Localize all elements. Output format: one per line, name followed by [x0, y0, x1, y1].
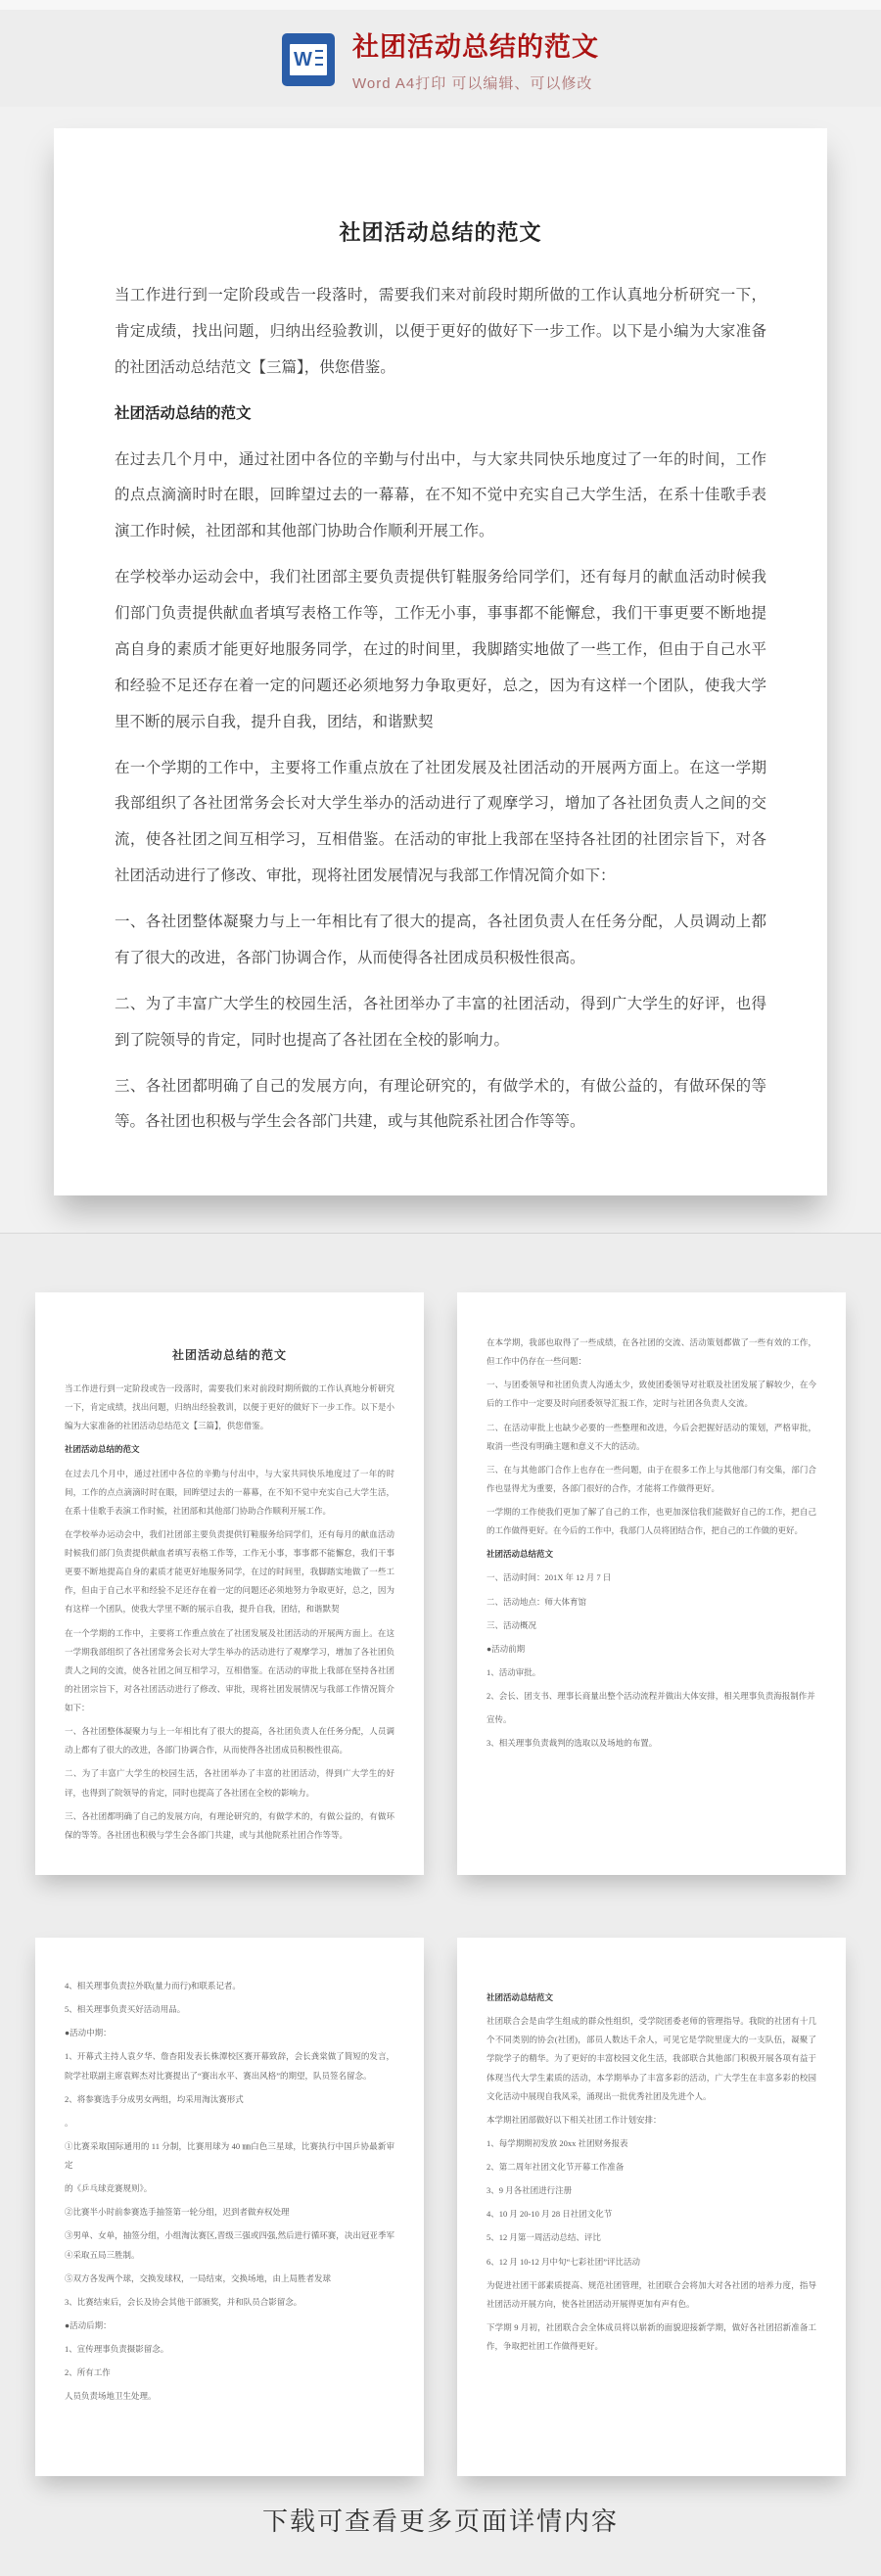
- doc-paragraph: 2、所有工作: [65, 2364, 394, 2382]
- doc-paragraph: 在一个学期的工作中，主要将工作重点放在了社团发展及社团活动的开展两方面上。在这一…: [115, 751, 766, 896]
- doc-paragraph: 3、比赛结束后，会长及协会其他干部颁奖，并和队员合影留念。: [65, 2293, 394, 2312]
- doc-title: 社团活动总结的范文: [115, 216, 766, 249]
- thumbnail-page-4[interactable]: 社团活动总结范文社团联合会是由学生组成的群众性组织，受学院团委老师的管理指导。我…: [457, 1938, 846, 2476]
- doc-paragraph: 2、会长、团支书、理事长商量出整个活动流程并做出大体安排，相关理事负责海报制作并: [487, 1687, 816, 1706]
- doc-paragraph: 在学校举办运动会中，我们社团部主要负责提供钉鞋服务给同学们，还有每月的献血活动时…: [115, 560, 766, 740]
- doc-paragraph: 在一个学期的工作中，主要将工作重点放在了社团发展及社团活动的开展两方面上。在这一…: [65, 1624, 394, 1718]
- thumbnail-page-1-content: 社团活动总结的范文当工作进行到一定阶段或告一段落时，需要我们来对前段时期所做的工…: [65, 1346, 394, 1845]
- doc-subheading: 社团活动总结范文: [487, 1545, 816, 1564]
- doc-paragraph: 3、9 月各社团进行注册: [487, 2181, 816, 2200]
- page-subtitle: Word A4打印 可以编辑、可以修改: [352, 72, 599, 93]
- doc-paragraph: 一、活动时间：201X 年 12 月 7 日: [487, 1569, 816, 1587]
- doc-paragraph: 1、开幕式主持人袁夕华、詹杳阳发表长株潭校区赛开幕致辞，会长龚棠做了简短的发言，…: [65, 2047, 394, 2084]
- top-strip: [0, 0, 881, 10]
- doc-paragraph: 宣传。: [487, 1710, 816, 1729]
- doc-paragraph: 三、活动概况: [487, 1616, 816, 1635]
- doc-paragraph: 社团联合会是由学生组成的群众性组织，受学院团委老师的管理指导。我院的社团有十几个…: [487, 2012, 816, 2106]
- doc-paragraph: 三、各社团都明确了自己的发展方向，有理论研究的，有做学术的，有做公益的，有做环保…: [115, 1069, 766, 1142]
- doc-paragraph: 一、各社团整体凝聚力与上一年相比有了很大的提高，各社团负责人在任务分配，人员调动…: [65, 1722, 394, 1759]
- doc-paragraph: ●活动前期: [487, 1640, 816, 1659]
- doc-paragraph: 二、为了丰富广大学生的校园生活，各社团举办了丰富的社团活动，得到广大学生的好评，…: [65, 1764, 394, 1802]
- doc-subheading: 社团活动总结范文: [487, 1989, 816, 2007]
- word-file-icon: W: [282, 33, 335, 86]
- doc-paragraph: 当工作进行到一定阶段或告一段落时，需要我们来对前段时期所做的工作认真地分析研究一…: [115, 278, 766, 387]
- doc-paragraph: 三、在与其他部门合作上也存在一些问题，由于在很多工作上与其他部门有交集，部门合作…: [487, 1461, 816, 1498]
- doc-paragraph: 二、为了丰富广大学生的校园生活，各社团举办了丰富的社团活动，得到广大学生的好评，…: [115, 987, 766, 1059]
- thumbnail-page-2[interactable]: 在本学期，我部也取得了一些成绩，在各社团的交流、活动策划都做了一些有效的工作，但…: [457, 1292, 846, 1875]
- doc-paragraph: 当工作进行到一定阶段或告一段落时，需要我们来对前段时期所做的工作认真地分析研究一…: [65, 1380, 394, 1435]
- thumbnail-page-4-content: 社团活动总结范文社团联合会是由学生组成的群众性组织，受学院团委老师的管理指导。我…: [487, 1989, 816, 2356]
- doc-subheading: 社团活动总结的范文: [115, 397, 766, 433]
- doc-paragraph: 为促进社团干部素质提高、规范社团管理，社团联合会将加大对各社团的培养力度，指导社…: [487, 2276, 816, 2314]
- word-icon-letter: W: [294, 50, 312, 70]
- doc-paragraph: 在学校举办运动会中，我们社团部主要负责提供钉鞋服务给同学们，还有每月的献血活动时…: [65, 1525, 394, 1619]
- main-preview-section: 社团活动总结的范文当工作进行到一定阶段或告一段落时，需要我们来对前段时期所做的工…: [0, 107, 881, 1234]
- thumbnail-page-2-content: 在本学期，我部也取得了一些成绩，在各社团的交流、活动策划都做了一些有效的工作，但…: [487, 1334, 816, 1753]
- doc-paragraph: 三、各社团都明确了自己的发展方向，有理论研究的，有做学术的，有做公益的，有做环保…: [65, 1807, 394, 1845]
- doc-paragraph: 下学期 9 月初，社团联合会全体成员将以崭新的面貌迎接新学期，做好各社团招新准备…: [487, 2318, 816, 2356]
- doc-paragraph: 4、相关理事负责拉外联(量力而行)和联系记者。: [65, 1977, 394, 1995]
- doc-paragraph: ●活动后期：: [65, 2317, 394, 2335]
- doc-paragraph: 一、各社团整体凝聚力与上一年相比有了很大的提高，各社团负责人在任务分配，人员调动…: [115, 905, 766, 977]
- doc-paragraph: 。: [65, 2114, 394, 2132]
- doc-paragraph: 在本学期，我部也取得了一些成绩，在各社团的交流、活动策划都做了一些有效的工作，但…: [487, 1334, 816, 1371]
- thumbnail-grid: 社团活动总结的范文当工作进行到一定阶段或告一段落时，需要我们来对前段时期所做的工…: [0, 1234, 881, 2476]
- thumbnail-page-1[interactable]: 社团活动总结的范文当工作进行到一定阶段或告一段落时，需要我们来对前段时期所做的工…: [35, 1292, 424, 1875]
- document-page-preview-1: 社团活动总结的范文当工作进行到一定阶段或告一段落时，需要我们来对前段时期所做的工…: [54, 128, 827, 1195]
- doc-paragraph: 一学期的工作使我们更加了解了自己的工作，也更加深信我们能做好自己的工作，把自己的…: [487, 1503, 816, 1540]
- doc-title: 社团活动总结的范文: [65, 1346, 394, 1364]
- doc-paragraph: 4、10 月 20-10 月 28 日社团文化节: [487, 2205, 816, 2224]
- doc-paragraph: ①比赛采取国际通用的 11 分制，比赛用球为 40 ㎜白色三星球，比赛执行中国乒…: [65, 2137, 394, 2175]
- doc-paragraph: ⑤双方各发两个球，交换发球权，一局结束，交换场地，由上局胜者发球: [65, 2270, 394, 2288]
- doc-paragraph: 1、活动审批。: [487, 1663, 816, 1682]
- page-title: 社团活动总结的范文: [352, 25, 599, 64]
- thumbnail-page-3[interactable]: 4、相关理事负责拉外联(量力而行)和联系记者。5、相关理事负责买好活动用品。●活…: [35, 1938, 424, 2476]
- doc-paragraph: 人员负责场地卫生处理。: [65, 2387, 394, 2406]
- doc-paragraph: 5、相关理事负责买好活动用品。: [65, 2000, 394, 2019]
- header-text: 社团活动总结的范文 Word A4打印 可以编辑、可以修改: [352, 25, 599, 93]
- download-hint-text: 下载可查看更多页面详情内容: [0, 2476, 881, 2559]
- doc-paragraph: 二、在活动审批上也缺少必要的一些整理和改进，今后会把握好活动的策划，严格审批，取…: [487, 1419, 816, 1456]
- doc-paragraph: 1、宣传理事负责摄影留念。: [65, 2340, 394, 2359]
- site-header: W 社团活动总结的范文 Word A4打印 可以编辑、可以修改: [0, 10, 881, 107]
- doc-paragraph: 1、每学期期初发放 20xx 社团财务报表: [487, 2134, 816, 2153]
- doc-paragraph: 本学期社团部做好以下相关社团工作计划安排：: [487, 2111, 816, 2130]
- doc-paragraph: 5、12 月第一周活动总结、评比: [487, 2228, 816, 2247]
- thumbnail-page-3-content: 4、相关理事负责拉外联(量力而行)和联系记者。5、相关理事负责买好活动用品。●活…: [65, 1977, 394, 2406]
- doc-paragraph: 3、相关理事负责裁判的选取以及场地的布置。: [487, 1734, 816, 1753]
- doc-subheading: 社团活动总结的范文: [65, 1440, 394, 1459]
- word-icon-page: W: [290, 44, 327, 75]
- doc-paragraph: 的《乒乓球竞赛规则》。: [65, 2179, 394, 2198]
- doc-paragraph: 6、12 月 10-12 月中旬“七彩社团”评比活动: [487, 2253, 816, 2272]
- doc-paragraph: ②比赛半小时前参赛选手抽签第一轮分组，迟到者做弃权处理: [65, 2203, 394, 2222]
- word-icon-lines: [315, 50, 323, 70]
- document-page-1-content: 社团活动总结的范文当工作进行到一定阶段或告一段落时，需要我们来对前段时期所做的工…: [115, 216, 766, 1141]
- doc-paragraph: 一、与团委领导和社团负责人沟通太少，致使团委领导对社联及社团发展了解较少，在今后…: [487, 1376, 816, 1413]
- doc-paragraph: ③男单、女单，抽签分组，小组淘汰赛区,晋级三强或四强,然后进行循环赛，决出冠亚季…: [65, 2226, 394, 2264]
- doc-paragraph: ●活动中期：: [65, 2024, 394, 2042]
- doc-paragraph: 2、将参赛选手分成男女两组，均采用淘汰赛形式: [65, 2090, 394, 2109]
- doc-paragraph: 在过去几个月中，通过社团中各位的辛勤与付出中，与大家共同快乐地度过了一年的时间，…: [115, 443, 766, 551]
- doc-paragraph: 2、第二周年社团文化节开幕工作准备: [487, 2158, 816, 2177]
- doc-paragraph: 在过去几个月中，通过社团中各位的辛勤与付出中，与大家共同快乐地度过了一年的时间，…: [65, 1465, 394, 1521]
- doc-paragraph: 二、活动地点：师大体育馆: [487, 1593, 816, 1612]
